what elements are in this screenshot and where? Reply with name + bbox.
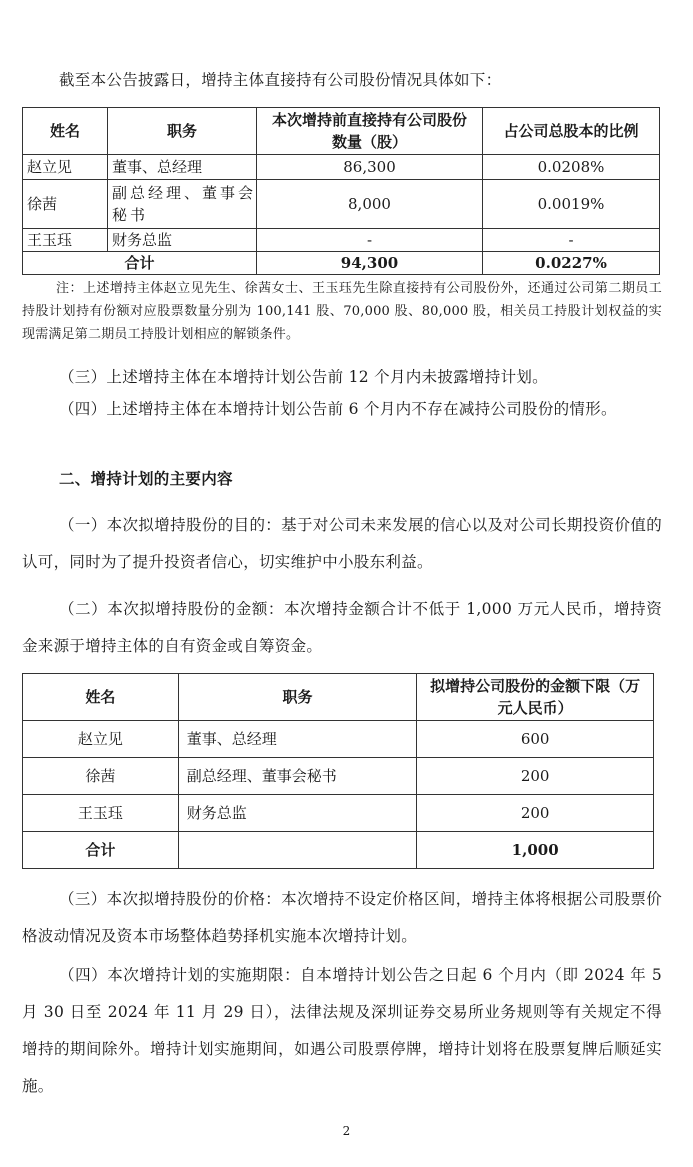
cell-position: 财务总监 — [108, 229, 257, 252]
header-name: 姓名 — [23, 108, 108, 155]
cell-name: 徐茜 — [23, 758, 179, 795]
table-row: 王玉珏 财务总监 200 — [23, 795, 654, 832]
cell-amount: 200 — [417, 795, 654, 832]
cell-name: 王玉珏 — [23, 795, 179, 832]
section-2-paragraph-1: （一）本次拟增持股份的目的：基于对公司未来发展的信心以及对公司长期投资价值的认可… — [22, 507, 662, 581]
cell-amount: 200 — [417, 758, 654, 795]
cell-position: 副总经理、董事会秘书 — [178, 758, 417, 795]
table-header-row: 姓名 职务 拟增持公司股份的金额下限（万元人民币） — [23, 674, 654, 721]
cell-position: 董事、总经理 — [108, 155, 257, 180]
table-row: 徐茜 副总经理、董事会秘书 200 — [23, 758, 654, 795]
holdings-table: 姓名 职务 本次增持前直接持有公司股份数量（股） 占公司总股本的比例 赵立见 董… — [22, 107, 660, 275]
total-position — [178, 832, 417, 869]
table-row: 赵立见 董事、总经理 600 — [23, 721, 654, 758]
cell-shares: 86,300 — [257, 155, 483, 180]
header-amount: 拟增持公司股份的金额下限（万元人民币） — [417, 674, 654, 721]
paragraph-4: （四）上述增持主体在本增持计划公告前 6 个月内不存在减持公司股份的情形。 — [22, 391, 662, 428]
section-2-paragraph-4: （四）本次增持计划的实施期限：自本增持计划公告之日起 6 个月内（即 2024 … — [22, 957, 662, 1105]
cell-ratio: 0.0019% — [483, 180, 660, 229]
header-position: 职务 — [108, 108, 257, 155]
page-number: 2 — [0, 1124, 693, 1138]
header-position: 职务 — [178, 674, 417, 721]
cell-position: 财务总监 — [178, 795, 417, 832]
increase-plan-table: 姓名 职务 拟增持公司股份的金额下限（万元人民币） 赵立见 董事、总经理 600… — [22, 673, 654, 869]
total-label: 合计 — [23, 252, 257, 275]
table-total-row: 合计 1,000 — [23, 832, 654, 869]
cell-ratio: 0.0208% — [483, 155, 660, 180]
header-name: 姓名 — [23, 674, 179, 721]
intro-paragraph: 截至本公告披露日，增持主体直接持有公司股份情况具体如下： — [22, 62, 662, 99]
cell-name: 赵立见 — [23, 721, 179, 758]
table-row: 王玉珏 财务总监 - - — [23, 229, 660, 252]
cell-name: 王玉珏 — [23, 229, 108, 252]
cell-shares: 8,000 — [257, 180, 483, 229]
total-amount: 1,000 — [417, 832, 654, 869]
total-label: 合计 — [23, 832, 179, 869]
table-row: 赵立见 董事、总经理 86,300 0.0208% — [23, 155, 660, 180]
section-2-heading: 二、增持计划的主要内容 — [22, 461, 662, 498]
total-ratio: 0.0227% — [483, 252, 660, 275]
table-note: 注：上述增持主体赵立见先生、徐茜女士、王玉珏先生除直接持有公司股份外，还通过公司… — [22, 277, 662, 346]
table-row: 徐茜 副总经理、董事会秘书 8,000 0.0019% — [23, 180, 660, 229]
cell-shares: - — [257, 229, 483, 252]
table-total-row: 合计 94,300 0.0227% — [23, 252, 660, 275]
total-shares: 94,300 — [257, 252, 483, 275]
cell-position: 董事、总经理 — [178, 721, 417, 758]
cell-ratio: - — [483, 229, 660, 252]
table-header-row: 姓名 职务 本次增持前直接持有公司股份数量（股） 占公司总股本的比例 — [23, 108, 660, 155]
header-shares: 本次增持前直接持有公司股份数量（股） — [257, 108, 483, 155]
cell-name: 徐茜 — [23, 180, 108, 229]
section-2-paragraph-3: （三）本次拟增持股份的价格：本次增持不设定价格区间，增持主体将根据公司股票价格波… — [22, 881, 662, 955]
header-ratio: 占公司总股本的比例 — [483, 108, 660, 155]
cell-amount: 600 — [417, 721, 654, 758]
section-2-paragraph-2: （二）本次拟增持股份的金额：本次增持金额合计不低于 1,000 万元人民币，增持… — [22, 591, 662, 665]
cell-position: 副总经理、董事会秘书 — [108, 180, 257, 229]
cell-name: 赵立见 — [23, 155, 108, 180]
